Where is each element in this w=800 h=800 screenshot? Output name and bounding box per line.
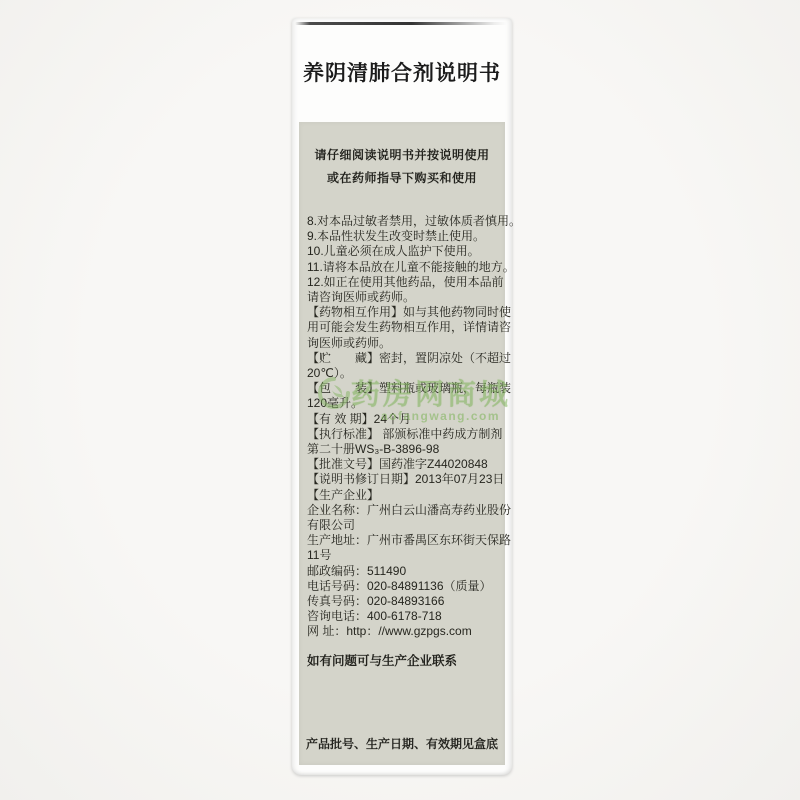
usage-notice: 请仔细阅读说明书并按说明使用或在药师指导下购买和使用 <box>299 144 505 190</box>
text-line: 用可能会发生药物相互作用，详情请咨 <box>307 320 500 335</box>
text-line: 9.本品性状发生改变时禁止使用。 <box>307 229 500 244</box>
text-line: 8.对本品过敏者禁用，过敏体质者慎用。 <box>307 214 500 229</box>
text-line: 【贮 藏】密封，置阴凉处（不超过 <box>307 351 500 366</box>
text-line: 企业名称：广州白云山潘高寿药业股份 <box>307 503 500 518</box>
box-top-seam <box>295 22 507 25</box>
text-line: 【说明书修订日期】2013年07月23日 <box>307 472 500 487</box>
text-line: 网 址：http：//www.gzpgs.com <box>307 624 500 639</box>
instruction-text: 8.对本品过敏者禁用，过敏体质者慎用。9.本品性状发生改变时禁止使用。10.儿童… <box>307 214 500 640</box>
text-line: 生产地址：广州市番禺区东环街天保路 <box>307 533 500 548</box>
photo-background: 养阴清肺合剂说明书 请仔细阅读说明书并按说明使用或在药师指导下购买和使用 8.对… <box>0 0 800 800</box>
text-line: 或在药师指导下购买和使用 <box>299 167 505 190</box>
text-line: 【药物相互作用】如与其他药物同时使 <box>307 305 500 320</box>
text-line: 邮政编码：511490 <box>307 564 500 579</box>
text-line: 请仔细阅读说明书并按说明使用 <box>299 144 505 167</box>
text-line: 【批准文号】国药准字Z44020848 <box>307 457 500 472</box>
text-line: 20℃）。 <box>307 366 500 381</box>
text-line: 【包 装】塑料瓶或玻璃瓶，每瓶装 <box>307 381 500 396</box>
text-line: 【生产企业】 <box>307 488 500 503</box>
text-line: 11.请将本品放在儿童不能接触的地方。 <box>307 260 500 275</box>
text-line: 10.儿童必须在成人监护下使用。 <box>307 244 500 259</box>
text-line: 咨询电话：400-6178-718 <box>307 609 500 624</box>
text-line: 传真号码：020-84893166 <box>307 594 500 609</box>
text-line: 120毫升。 <box>307 396 500 411</box>
text-line: 有限公司 <box>307 518 500 533</box>
batch-info-note: 产品批号、生产日期、有效期见盒底 <box>299 735 505 752</box>
medicine-box: 养阴清肺合剂说明书 请仔细阅读说明书并按说明使用或在药师指导下购买和使用 8.对… <box>292 18 512 775</box>
text-line: 11号 <box>307 548 500 563</box>
text-line: 电话号码：020-84891136（质量） <box>307 579 500 594</box>
text-line: 请咨询医师或药师。 <box>307 290 500 305</box>
text-line: 【执行标准】 部颁标准中药成方制剂 <box>307 427 500 442</box>
text-line: 询医师或药师。 <box>307 336 500 351</box>
contact-note: 如有问题可与生产企业联系 <box>307 651 500 669</box>
product-title: 养阴清肺合剂说明书 <box>292 57 512 87</box>
text-line: 12.如正在使用其他药品，使用本品前 <box>307 275 500 290</box>
instructions-panel: 请仔细阅读说明书并按说明使用或在药师指导下购买和使用 8.对本品过敏者禁用，过敏… <box>299 122 505 765</box>
text-line: 第二十册WS₃-B-3896-98 <box>307 442 500 457</box>
text-line: 【有 效 期】24个月 <box>307 412 500 427</box>
